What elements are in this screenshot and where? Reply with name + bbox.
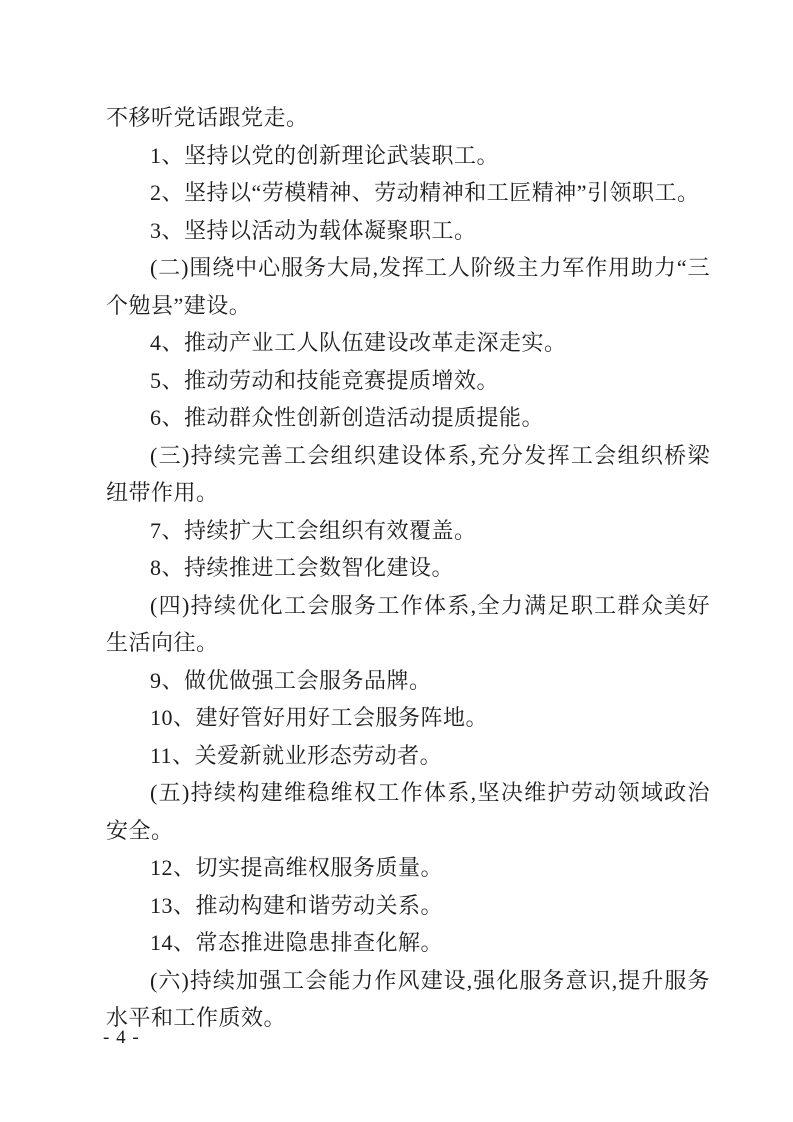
- document-page: 不移听党话跟党走。1、坚持以党的创新理论武装职工。2、坚持以“劳模精神、劳动精神…: [0, 0, 793, 1122]
- paragraph: (五)持续构建维稳维权工作体系,坚决维护劳动领域政治安全。: [106, 774, 710, 849]
- paragraph: 6、推动群众性创新创造活动提质提能。: [106, 399, 710, 437]
- paragraph: 1、坚持以党的创新理论武装职工。: [106, 137, 710, 175]
- document-body: 不移听党话跟党走。1、坚持以党的创新理论武装职工。2、坚持以“劳模精神、劳动精神…: [106, 99, 710, 1037]
- paragraph: 不移听党话跟党走。: [106, 99, 710, 137]
- paragraph: 7、持续扩大工会组织有效覆盖。: [106, 512, 710, 550]
- paragraph: 10、建好管好用好工会服务阵地。: [106, 699, 710, 737]
- paragraph: (四)持续优化工会服务工作体系,全力满足职工群众美好生活向往。: [106, 587, 710, 662]
- paragraph: (三)持续完善工会组织建设体系,充分发挥工会组织桥梁纽带作用。: [106, 437, 710, 512]
- page-number-label: - 4 -: [103, 1026, 140, 1050]
- paragraph: 11、关爱新就业形态劳动者。: [106, 737, 710, 775]
- paragraph: 9、做优做强工会服务品牌。: [106, 662, 710, 700]
- paragraph: (六)持续加强工会能力作风建设,强化服务意识,提升服务水平和工作质效。: [106, 962, 710, 1037]
- paragraph: 13、推动构建和谐劳动关系。: [106, 887, 710, 925]
- paragraph: 2、坚持以“劳模精神、劳动精神和工匠精神”引领职工。: [106, 174, 710, 212]
- paragraph: 4、推动产业工人队伍建设改革走深走实。: [106, 324, 710, 362]
- paragraph: 8、持续推进工会数智化建设。: [106, 549, 710, 587]
- paragraph: 5、推动劳动和技能竞赛提质增效。: [106, 362, 710, 400]
- paragraph: 12、切实提高维权服务质量。: [106, 849, 710, 887]
- paragraph: 3、坚持以活动为载体凝聚职工。: [106, 212, 710, 250]
- paragraph: 14、常态推进隐患排查化解。: [106, 924, 710, 962]
- paragraph: (二)围绕中心服务大局,发挥工人阶级主力军作用助力“三个勉县”建设。: [106, 249, 710, 324]
